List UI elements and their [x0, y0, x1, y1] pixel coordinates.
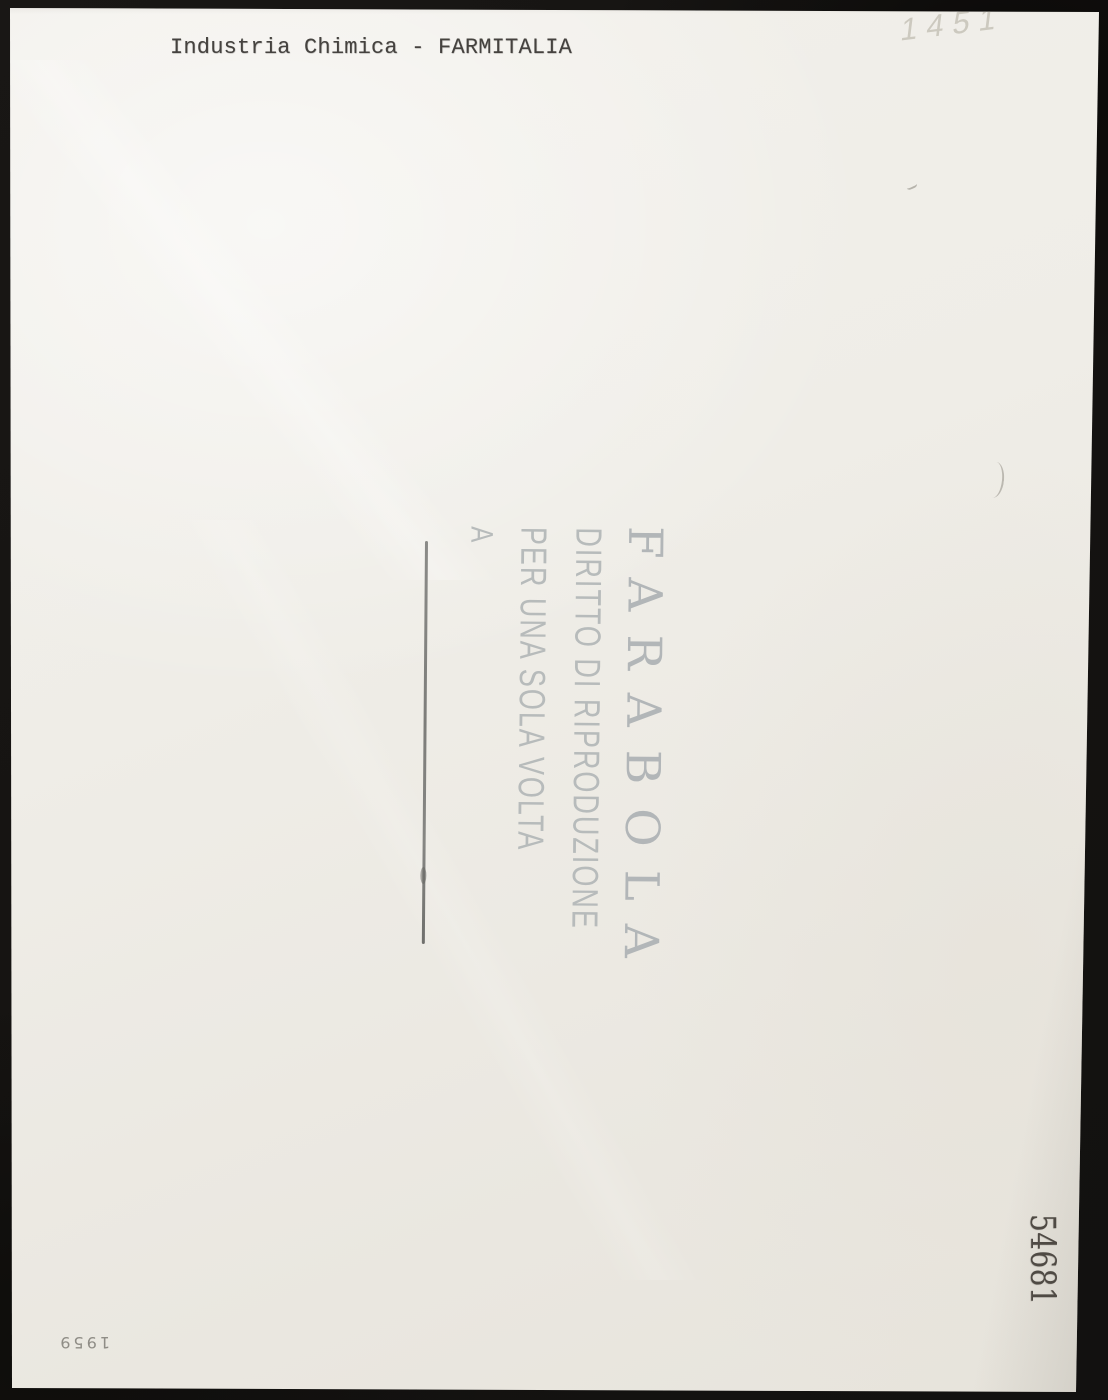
paper-crease: [986, 461, 1006, 498]
paper-sheen: [120, 520, 760, 1280]
typed-caption: Industria Chimica - FARMITALIA: [170, 35, 572, 61]
pencil-tick-mark: [905, 180, 918, 191]
pencil-line: [422, 541, 428, 944]
photo-back-scene: Industria Chimica - FARMITALIA 1451 FARA…: [0, 0, 1108, 1400]
stamp-rights-line-2: PER UNA SOLA VOLTA: [511, 527, 551, 852]
archive-number-stamp: 54681: [1022, 1214, 1062, 1310]
stamp-suffix-letter: A: [465, 526, 496, 542]
photo-paper: Industria Chimica - FARMITALIA 1451 FARA…: [0, 0, 1108, 1400]
year-stamp: 1959: [40, 1332, 110, 1352]
stamp-agency-name: FARABOLA: [616, 526, 668, 981]
stamp-rights-line-1: DIRITTO DI RIPRODUZIONE: [566, 527, 607, 930]
pencil-number-top-right: 1451: [898, 0, 1007, 49]
paper-sheen: [0, 60, 520, 580]
farabola-copyright-stamp: FARABOLA DIRITTO DI RIPRODUZIONE PER UNA…: [424, 524, 668, 956]
